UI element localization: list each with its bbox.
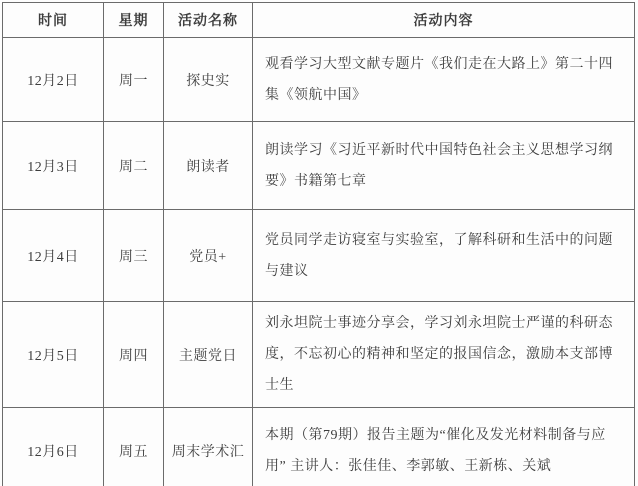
cell-date: 12月5日 [3, 302, 104, 408]
cell-activity-name: 主题党日 [164, 302, 253, 408]
table-row: 12月6日 周五 周末学术汇 本期（第79期）报告主题为“催化及发光材料制备与应… [3, 408, 635, 486]
activity-schedule-table: 时间 星期 活动名称 活动内容 12月2日 周一 探史实 观看学习大型文献专题片… [2, 2, 635, 486]
cell-activity-content: 朗读学习《习近平新时代中国特色社会主义思想学习纲要》书籍第七章 [253, 122, 635, 210]
header-weekday: 星期 [104, 3, 164, 38]
cell-activity-name: 周末学术汇 [164, 408, 253, 486]
cell-date: 12月6日 [3, 408, 104, 486]
cell-date: 12月2日 [3, 38, 104, 122]
header-activity-name: 活动名称 [164, 3, 253, 38]
cell-activity-content: 刘永坦院士事迹分享会，学习刘永坦院士严谨的科研态度，不忘初心的精神和坚定的报国信… [253, 302, 635, 408]
cell-activity-content: 观看学习大型文献专题片《我们走在大路上》第二十四集《领航中国》 [253, 38, 635, 122]
cell-date: 12月4日 [3, 210, 104, 302]
cell-date: 12月3日 [3, 122, 104, 210]
table-row: 12月2日 周一 探史实 观看学习大型文献专题片《我们走在大路上》第二十四集《领… [3, 38, 635, 122]
cell-activity-content: 本期（第79期）报告主题为“催化及发光材料制备与应用” 主讲人：张佳佳、李郭敏、… [253, 408, 635, 486]
cell-activity-content: 党员同学走访寝室与实验室，了解科研和生活中的问题与建议 [253, 210, 635, 302]
table-row: 12月3日 周二 朗读者 朗读学习《习近平新时代中国特色社会主义思想学习纲要》书… [3, 122, 635, 210]
cell-weekday: 周二 [104, 122, 164, 210]
table-row: 12月5日 周四 主题党日 刘永坦院士事迹分享会，学习刘永坦院士严谨的科研态度，… [3, 302, 635, 408]
cell-activity-name: 朗读者 [164, 122, 253, 210]
cell-weekday: 周四 [104, 302, 164, 408]
cell-weekday: 周五 [104, 408, 164, 486]
cell-activity-name: 探史实 [164, 38, 253, 122]
header-time: 时间 [3, 3, 104, 38]
cell-weekday: 周一 [104, 38, 164, 122]
table-row: 12月4日 周三 党员+ 党员同学走访寝室与实验室，了解科研和生活中的问题与建议 [3, 210, 635, 302]
header-activity-content: 活动内容 [253, 3, 635, 38]
cell-weekday: 周三 [104, 210, 164, 302]
cell-activity-name: 党员+ [164, 210, 253, 302]
header-row: 时间 星期 活动名称 活动内容 [3, 3, 635, 38]
